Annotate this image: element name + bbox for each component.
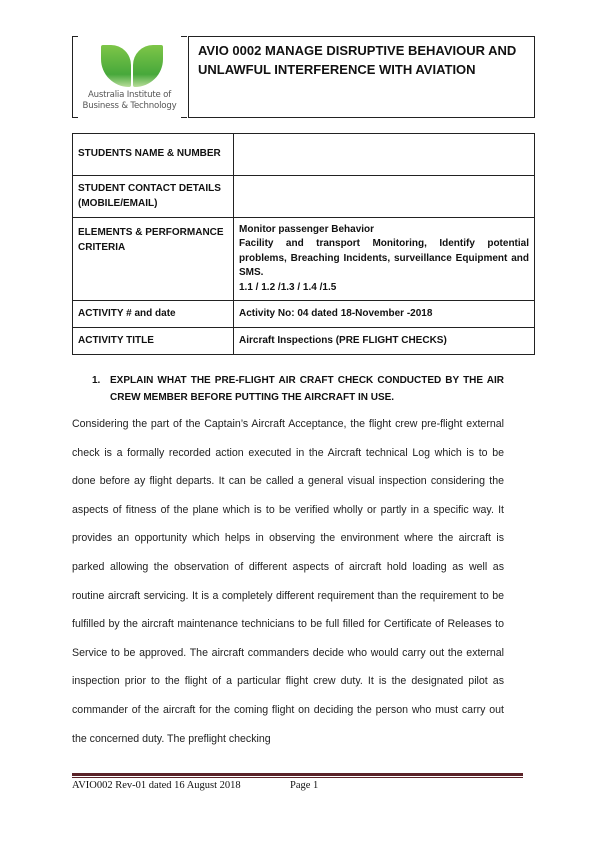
logo-box-border (72, 117, 78, 118)
students-name-field[interactable] (234, 134, 535, 176)
table-row: ELEMENTS & PERFORMANCE CRITERIA Monitor … (73, 218, 535, 301)
students-name-label: STUDENTS NAME & NUMBER (73, 134, 234, 176)
question-text: EXPLAIN WHAT THE PRE-FLIGHT AIR CRAFT CH… (110, 372, 504, 406)
footer-page-number: Page 1 (290, 780, 318, 791)
green-leaf-left-icon (101, 45, 131, 87)
contact-details-field[interactable] (234, 176, 535, 218)
criteria-description: Facility and transport Monitoring, Ident… (239, 237, 529, 281)
elements-criteria-value: Monitor passenger Behavior Facility and … (234, 218, 535, 301)
logo-wordmark: Australia Institute of Business & Techno… (72, 90, 187, 111)
contact-details-label: STUDENT CONTACT DETAILS (MOBILE/EMAIL) (73, 176, 234, 218)
table-row: ACTIVITY TITLE Aircraft Inspections (PRE… (73, 328, 535, 355)
logo-line-2: Business & Technology (72, 101, 187, 112)
activity-date-value: Activity No: 04 dated 18-November -2018 (234, 301, 535, 328)
unit-title: AVIO 0002 MANAGE DISRUPTIVE BEHAVIOUR AN… (198, 41, 528, 79)
institute-logo: Australia Institute of Business & Techno… (72, 36, 187, 118)
table-row: STUDENT CONTACT DETAILS (MOBILE/EMAIL) (73, 176, 535, 218)
elements-criteria-label: ELEMENTS & PERFORMANCE CRITERIA (73, 218, 234, 301)
activity-date-label: ACTIVITY # and date (73, 301, 234, 328)
table-row: ACTIVITY # and date Activity No: 04 date… (73, 301, 535, 328)
table-row: STUDENTS NAME & NUMBER (73, 134, 535, 176)
question-heading: 1. EXPLAIN WHAT THE PRE-FLIGHT AIR CRAFT… (92, 372, 504, 406)
activity-title-value: Aircraft Inspections (PRE FLIGHT CHECKS) (234, 328, 535, 355)
student-info-table: STUDENTS NAME & NUMBER STUDENT CONTACT D… (72, 133, 535, 355)
question-number: 1. (92, 372, 100, 389)
criteria-numbers: 1.1 / 1.2 /1.3 / 1.4 /1.5 (239, 281, 529, 296)
unit-title-box: AVIO 0002 MANAGE DISRUPTIVE BEHAVIOUR AN… (188, 36, 535, 118)
footer-rule-thick (72, 773, 523, 776)
footer-rule-thin (72, 777, 523, 778)
answer-paragraph: Considering the part of the Captain’s Ai… (72, 410, 504, 753)
logo-box-border (181, 36, 187, 37)
logo-line-1: Australia Institute of (72, 90, 187, 101)
green-leaf-right-icon (133, 45, 163, 87)
activity-title-label: ACTIVITY TITLE (73, 328, 234, 355)
document-page: Australia Institute of Business & Techno… (0, 0, 596, 842)
logo-box-border (181, 117, 187, 118)
criteria-element: Monitor passenger Behavior (239, 223, 529, 238)
footer-doc-reference: AVIO002 Rev-01 dated 16 August 2018 (72, 780, 241, 791)
